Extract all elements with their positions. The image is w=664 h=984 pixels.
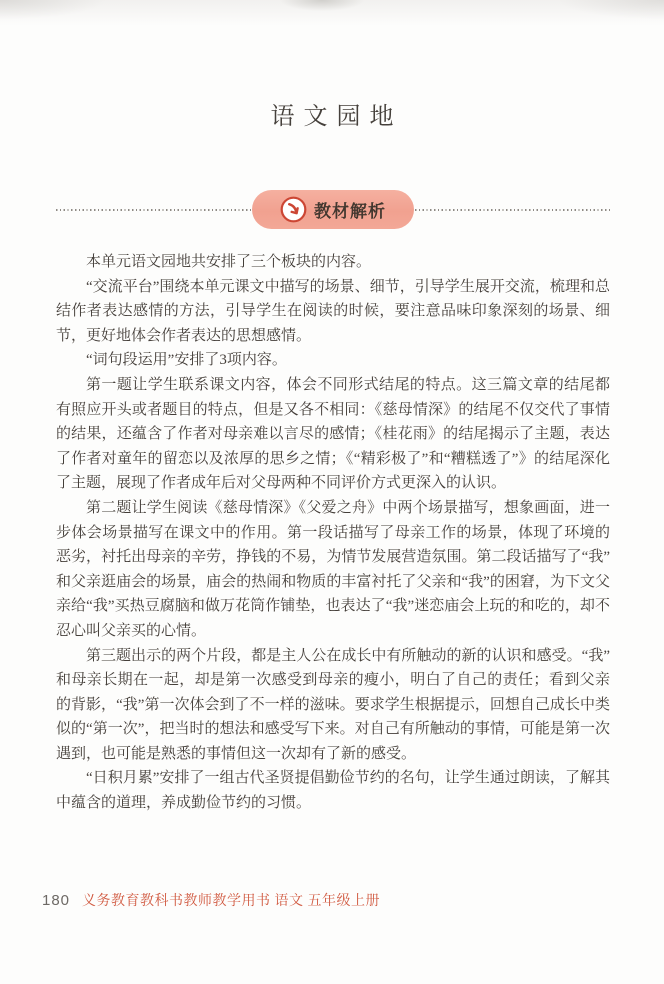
page-number: 180 bbox=[42, 892, 70, 909]
book-page: 语文园地 教材解析 本单元语文园地共安排了三个板块的内容。 “交流平台”围绕本单… bbox=[0, 0, 664, 984]
section-badge-label: 教材解析 bbox=[314, 197, 386, 222]
page-footer: 180 义务教育教科书教师教学用书 语文 五年级上册 bbox=[42, 890, 380, 910]
paragraph-task-two: 第二题让学生阅读《慈母情深》《父爱之舟》中两个场景描写，想象画面，进一步体会场景… bbox=[56, 496, 610, 644]
section-badge: 教材解析 bbox=[252, 190, 414, 229]
paragraph-words-sentences: “词句段运用”安排了3项内容。 bbox=[56, 348, 610, 373]
body-text: 本单元语文园地共安排了三个板块的内容。 “交流平台”围绕本单元课文中描写的场景、… bbox=[56, 250, 610, 816]
section-divider: 教材解析 bbox=[56, 190, 610, 229]
dotted-rule-right bbox=[415, 209, 610, 211]
arrow-down-right-icon bbox=[280, 196, 307, 223]
page-title: 语文园地 bbox=[0, 96, 664, 131]
paragraph-accumulation: “日积月累”安排了一组古代圣贤提倡勤俭节约的名句，让学生通过朗读，了解其中蕴含的… bbox=[56, 766, 610, 815]
paragraph-task-one: 第一题让学生联系课文内容，体会不同形式结尾的特点。这三篇文章的结尾都有照应开头或… bbox=[56, 373, 610, 496]
scan-shadow bbox=[0, 0, 664, 26]
paragraph-task-three: 第三题出示的两个片段，都是主人公在成长中有所触动的新的认识和感受。“我”和母亲长… bbox=[56, 644, 610, 767]
book-title: 义务教育教科书教师教学用书 语文 五年级上册 bbox=[82, 890, 380, 910]
paragraph-exchange-platform: “交流平台”围绕本单元课文中描写的场景、细节，引导学生展开交流，梳理和总结作者表… bbox=[56, 275, 610, 349]
dotted-rule-left bbox=[56, 209, 251, 211]
paragraph-intro: 本单元语文园地共安排了三个板块的内容。 bbox=[56, 250, 610, 275]
